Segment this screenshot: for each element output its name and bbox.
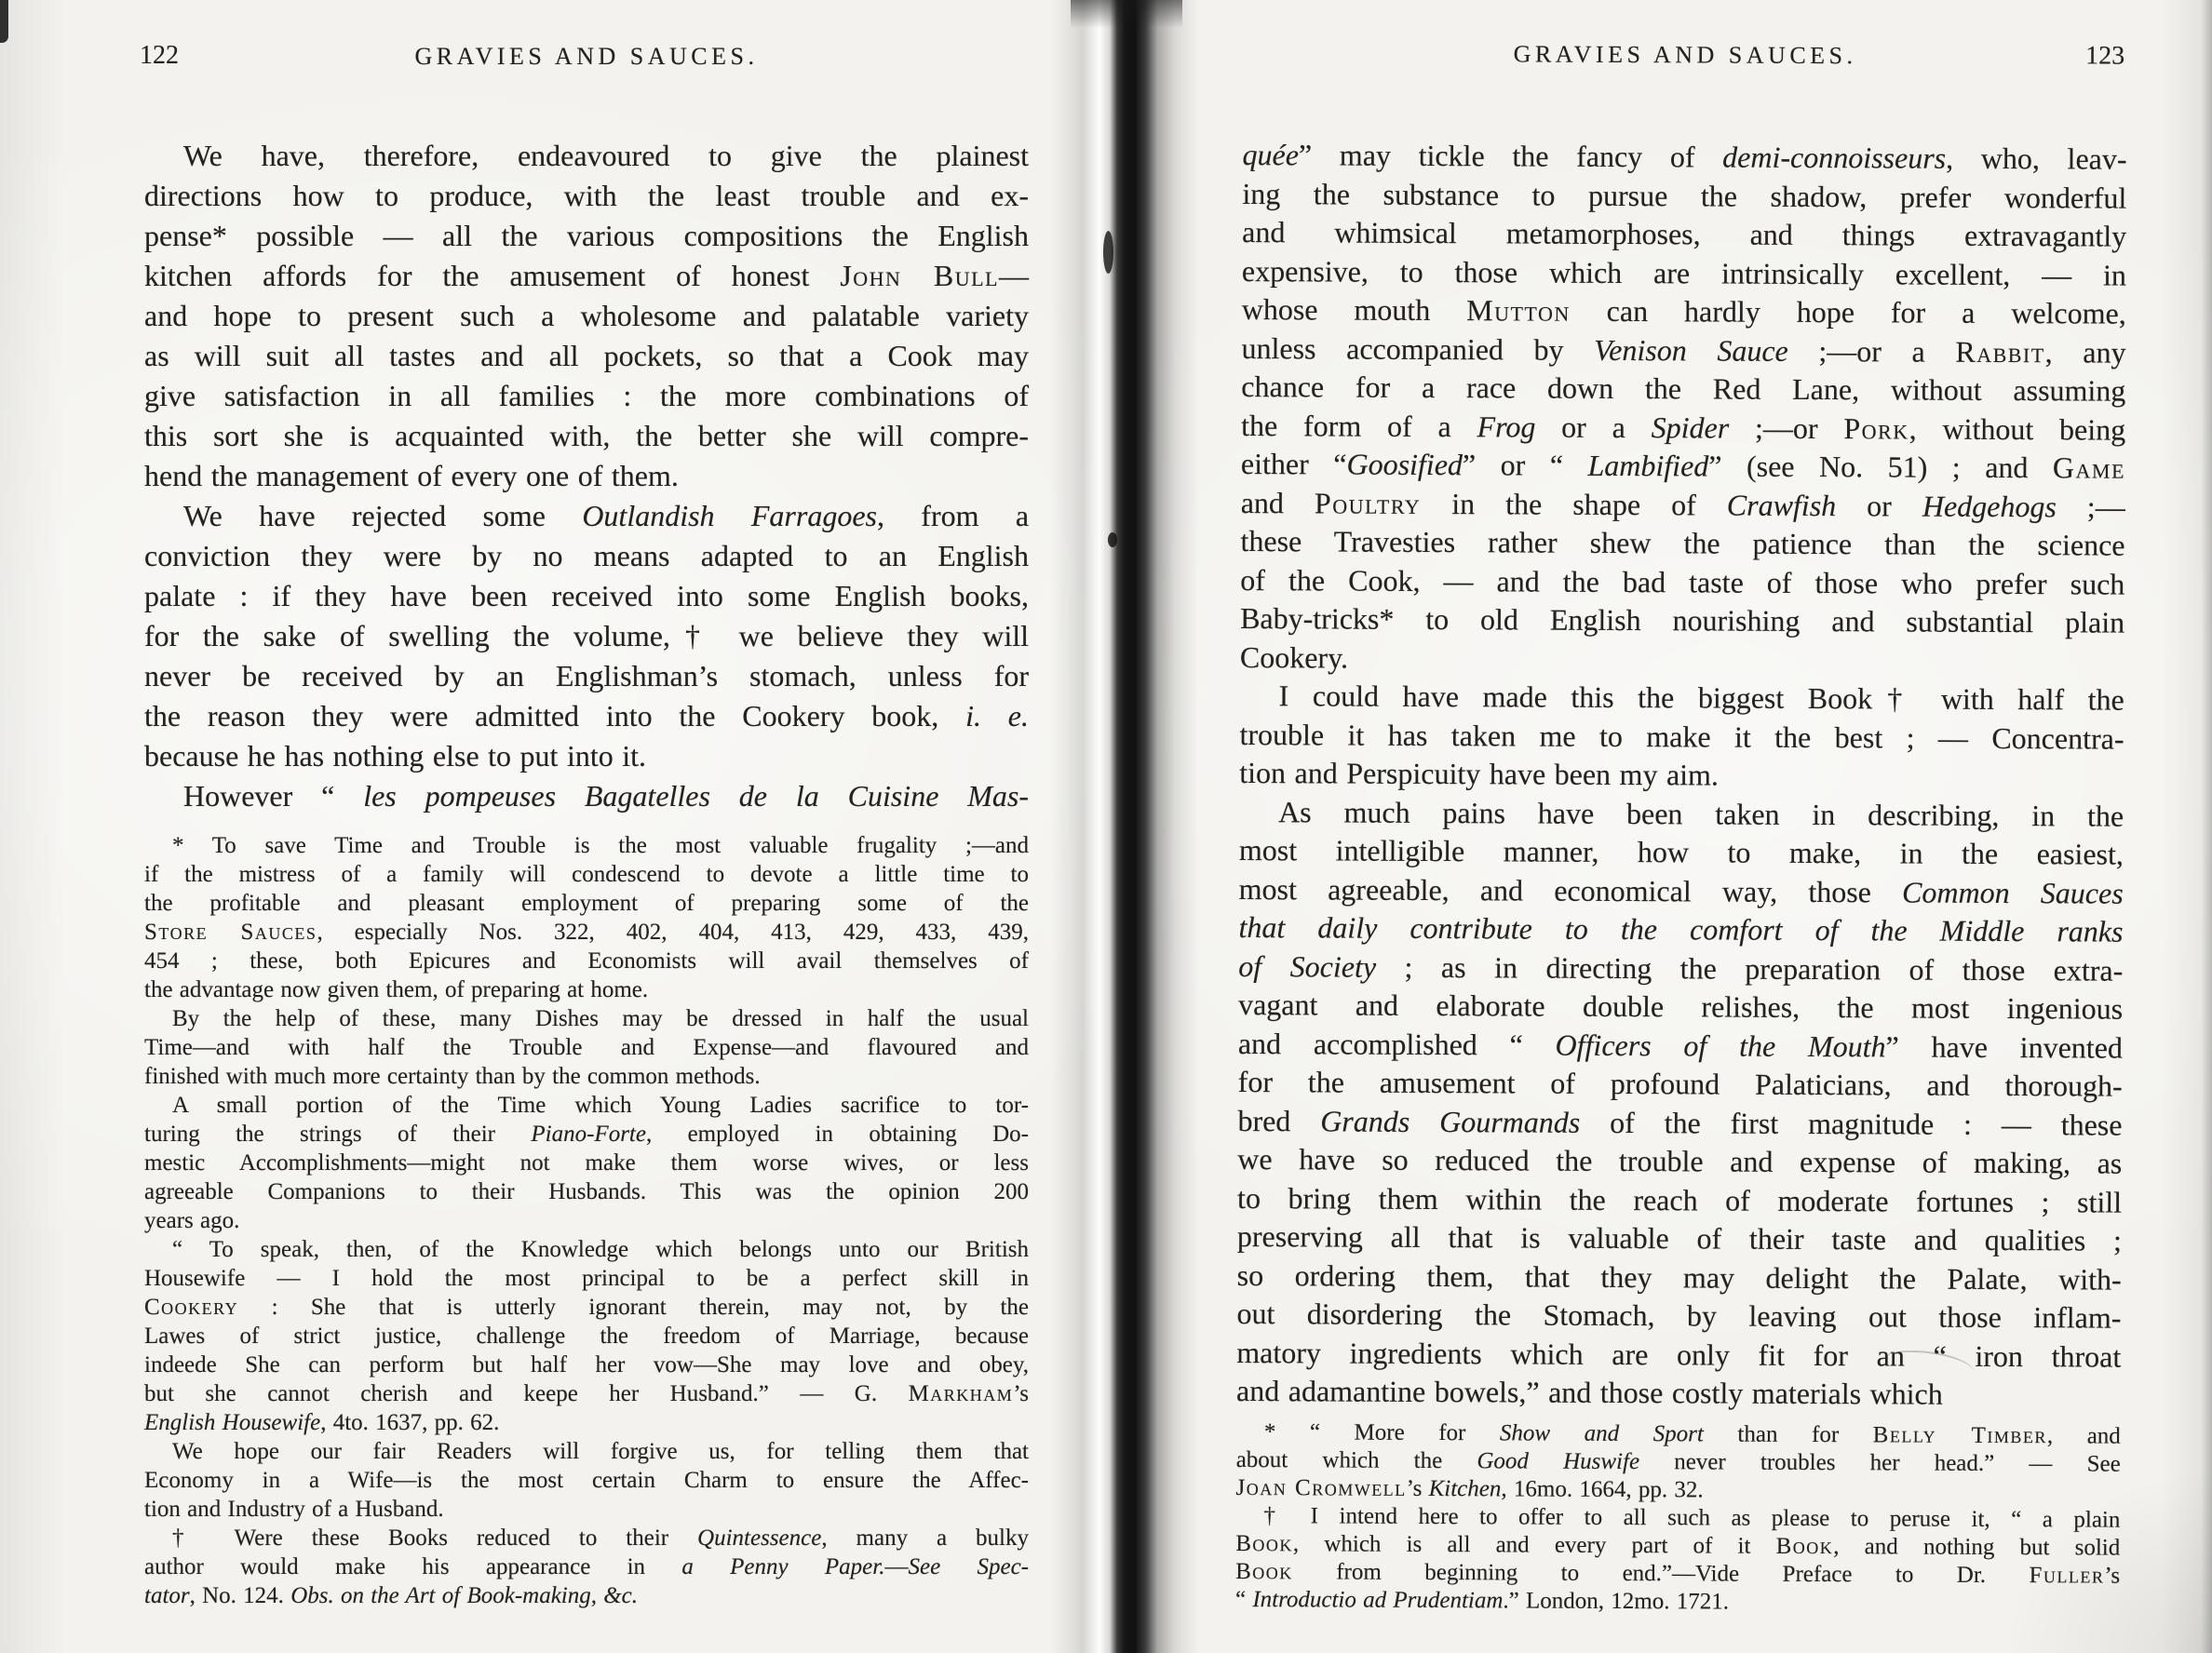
text-run: Mutton xyxy=(1466,293,1571,328)
text-run: ” (see No. 51) ; and xyxy=(1708,449,2053,484)
text-run: Introductio ad Prudentiam xyxy=(1252,1587,1503,1613)
text-run: for the amusement of profound Palatician… xyxy=(1238,1065,2123,1103)
text-run: the form of a xyxy=(1241,408,1477,442)
text-run: quée xyxy=(1242,138,1299,171)
text-run: Crawfish xyxy=(1727,488,1837,522)
text-run: “ xyxy=(1235,1587,1252,1612)
text-run: can hardly hope for a welcome, xyxy=(1571,294,2126,330)
text-run: of Society xyxy=(1238,948,1376,983)
text-run: ;—or xyxy=(1729,410,1843,445)
text-run: , who, leav- xyxy=(1946,141,2127,176)
text-run: about which the xyxy=(1236,1447,1477,1473)
text-line: of Society ; as in directing the prepara… xyxy=(1238,947,2123,989)
text-line: Cookery. xyxy=(1240,638,2124,680)
text-line: the form of a Frog or a Spider ;—or Pork… xyxy=(1241,406,2125,449)
text-run: Kitchen xyxy=(1429,1476,1502,1501)
text-run: tion and Perspicuity have been my aim. xyxy=(1239,756,1719,792)
text-run: and xyxy=(1241,485,1315,518)
text-run: Game xyxy=(2053,450,2125,484)
text-line: and accomplished “ Officers of the Mouth… xyxy=(1238,1024,2123,1067)
text-run: to bring them within the reach of modera… xyxy=(1237,1180,2122,1218)
gutter-crease-mark xyxy=(1103,231,1113,274)
text-line: whose mouth Mutton can hardly hope for a… xyxy=(1242,290,2126,333)
text-run: and accomplished “ xyxy=(1238,1026,1556,1061)
text-run: ” or “ xyxy=(1463,448,1588,482)
text-line: expensive, to those which are intrinsica… xyxy=(1242,251,2126,294)
text-run: ;— xyxy=(2057,490,2125,523)
scan-corner-mark xyxy=(0,0,8,43)
text-line: and whimsical metamorphoses, and things … xyxy=(1242,213,2126,256)
text-run: either “ xyxy=(1241,447,1347,481)
text-run: most agreeable, and economical way, thos… xyxy=(1239,871,1903,907)
text-line: most agreeable, and economical way, thos… xyxy=(1239,869,2124,912)
text-run: of the Cook, — and the bad taste of thos… xyxy=(1240,562,2124,600)
text-line: for the amusement of profound Palatician… xyxy=(1238,1063,2123,1106)
gutter-crease-mark xyxy=(1108,532,1117,547)
text-run: ” have invented xyxy=(1885,1029,2123,1064)
text-line: that daily contribute to the comfort of … xyxy=(1238,908,2123,951)
text-line: unless accompanied by Venison Sauce ;—or… xyxy=(1241,329,2125,371)
text-run: matory ingredients which are only fit fo… xyxy=(1236,1335,2121,1373)
book-gutter-shadow xyxy=(1050,0,1199,1653)
text-run: or xyxy=(1836,489,1922,522)
text-run: Officers of the Mouth xyxy=(1556,1028,1886,1063)
text-run: As much pains have been taken in describ… xyxy=(1278,795,2124,832)
text-run: Book xyxy=(1235,1559,1293,1584)
text-run: ing the substance to pursue the shadow, … xyxy=(1242,176,2126,214)
text-run: Book xyxy=(1235,1531,1293,1556)
book-page-spread: 122 GRAVIES AND SAUCES. We have, therefo… xyxy=(0,0,2212,1653)
text-run: Venison Sauce xyxy=(1594,332,1788,367)
text-line: As much pains have been taken in describ… xyxy=(1239,792,2124,835)
text-line: either “Goosified” or “ Lambified” (see … xyxy=(1241,445,2125,488)
text-run: demi-connoisseurs xyxy=(1722,141,1946,175)
text-run: these Travesties rather shew the patienc… xyxy=(1240,524,2124,562)
text-line: of the Cook, — and the bad taste of thos… xyxy=(1240,560,2124,603)
text-line: and Poultry in the shape of Crawfish or … xyxy=(1241,483,2125,526)
text-run: and whimsical metamorphoses, and things … xyxy=(1242,215,2126,253)
text-run: expensive, to those which are intrinsica… xyxy=(1242,253,2126,291)
text-run: most intelligible manner, how to make, i… xyxy=(1239,833,2124,871)
text-run: , any xyxy=(2045,335,2126,369)
text-run: Book xyxy=(1776,1534,1834,1559)
text-run: ; as in directing the preparation of tho… xyxy=(1376,949,2123,987)
text-run: , without being xyxy=(1909,411,2126,446)
text-run: in the shape of xyxy=(1421,486,1727,521)
text-run: Pork xyxy=(1843,411,1909,445)
text-run: whose mouth xyxy=(1242,292,1467,327)
text-run: we have so reduced the trouble and expen… xyxy=(1237,1142,2122,1180)
text-line: vagant and elaborate double relishes, th… xyxy=(1238,986,2123,1028)
text-run: chance for a race down the Red Lane, wit… xyxy=(1241,370,2125,408)
text-run: of the first magnitude : — these xyxy=(1580,1105,2122,1141)
text-run: trouble it has taken me to make it the b… xyxy=(1239,717,2124,755)
text-run: Common Sauces xyxy=(1902,875,2124,909)
text-run: Show and Sport xyxy=(1500,1420,1704,1446)
text-run: vagant and elaborate double relishes, th… xyxy=(1238,988,2123,1026)
text-line: out disordering the Stomach, by leaving … xyxy=(1236,1295,2121,1337)
text-run: Grands Gourmands xyxy=(1320,1104,1580,1138)
text-line: most intelligible manner, how to make, i… xyxy=(1239,831,2124,874)
text-line: so ordering them, that they may delight … xyxy=(1237,1256,2122,1298)
text-run: unless accompanied by xyxy=(1241,330,1594,366)
text-run: * “ More for xyxy=(1264,1419,1500,1445)
text-line: Baby-tricks* to old English nourishing a… xyxy=(1240,599,2124,642)
text-line: tion and Perspicuity have been my aim. xyxy=(1239,754,2124,797)
text-line: we have so reduced the trouble and expen… xyxy=(1237,1140,2122,1183)
text-line: to bring them within the reach of modera… xyxy=(1237,1178,2122,1221)
text-run: Joan Cromwell xyxy=(1236,1475,1407,1501)
text-run: and adamantine bowels,” and those costly… xyxy=(1236,1374,1943,1411)
text-run: Frog xyxy=(1477,410,1535,443)
text-run: , which is all and every part of it xyxy=(1293,1531,1776,1559)
text-line: matory ingredients which are only fit fo… xyxy=(1236,1333,2121,1376)
gutter-top-shadow xyxy=(1071,0,1182,28)
text-run: Good Huswife xyxy=(1477,1448,1639,1474)
text-run: or a xyxy=(1535,410,1651,444)
text-run: preserving all that is valuable of their… xyxy=(1237,1219,2122,1257)
text-run: .” London, 12mo. 1721. xyxy=(1503,1588,1729,1614)
text-run: I could have made this the biggest Book†… xyxy=(1279,679,2124,716)
text-run: Goosified xyxy=(1346,448,1463,482)
text-line: ing the substance to pursue the shadow, … xyxy=(1242,174,2126,217)
right-running-header: GRAVIES AND SAUCES. xyxy=(1243,39,2127,72)
text-run: that daily contribute to the comfort of … xyxy=(1238,910,2123,948)
text-run: ’s xyxy=(1407,1476,1429,1501)
text-run: ” may tickle the fancy of xyxy=(1299,138,1722,173)
text-line: preserving all that is valuable of their… xyxy=(1237,1217,2122,1260)
text-run: out disordering the Stomach, by leaving … xyxy=(1236,1297,2121,1335)
text-run: than for xyxy=(1704,1421,1873,1447)
text-run: bred xyxy=(1237,1103,1320,1136)
text-run: Poultry xyxy=(1315,486,1421,520)
right-page-body-text: quée” may tickle the fancy of demi-conno… xyxy=(1236,136,2127,1415)
text-run: , 16mo. 1664, pp. 32. xyxy=(1501,1476,1703,1502)
text-run: Hedgehogs xyxy=(1922,489,2057,523)
corner-vignette xyxy=(1914,1392,2212,1653)
text-line: chance for a race down the Red Lane, wit… xyxy=(1241,368,2125,410)
text-run: Spider xyxy=(1652,410,1730,444)
text-line: trouble it has taken me to make it the b… xyxy=(1239,715,2124,758)
text-line: I could have made this the biggest Book†… xyxy=(1240,677,2124,719)
text-run: Cookery. xyxy=(1240,639,1348,674)
text-line: quée” may tickle the fancy of demi-conno… xyxy=(1242,136,2126,179)
text-run: Rabbit xyxy=(1955,334,2045,368)
text-run: so ordering them, that they may delight … xyxy=(1237,1257,2122,1296)
text-line: these Travesties rather shew the patienc… xyxy=(1240,522,2124,565)
text-run: Baby-tricks* to old English nourishing a… xyxy=(1240,601,2124,639)
text-line: bred Grands Gourmands of the first magni… xyxy=(1237,1101,2122,1144)
text-run: Lambified xyxy=(1587,449,1708,483)
right-page-number: 123 xyxy=(2011,41,2124,72)
text-run: ;—or a xyxy=(1788,333,1956,368)
